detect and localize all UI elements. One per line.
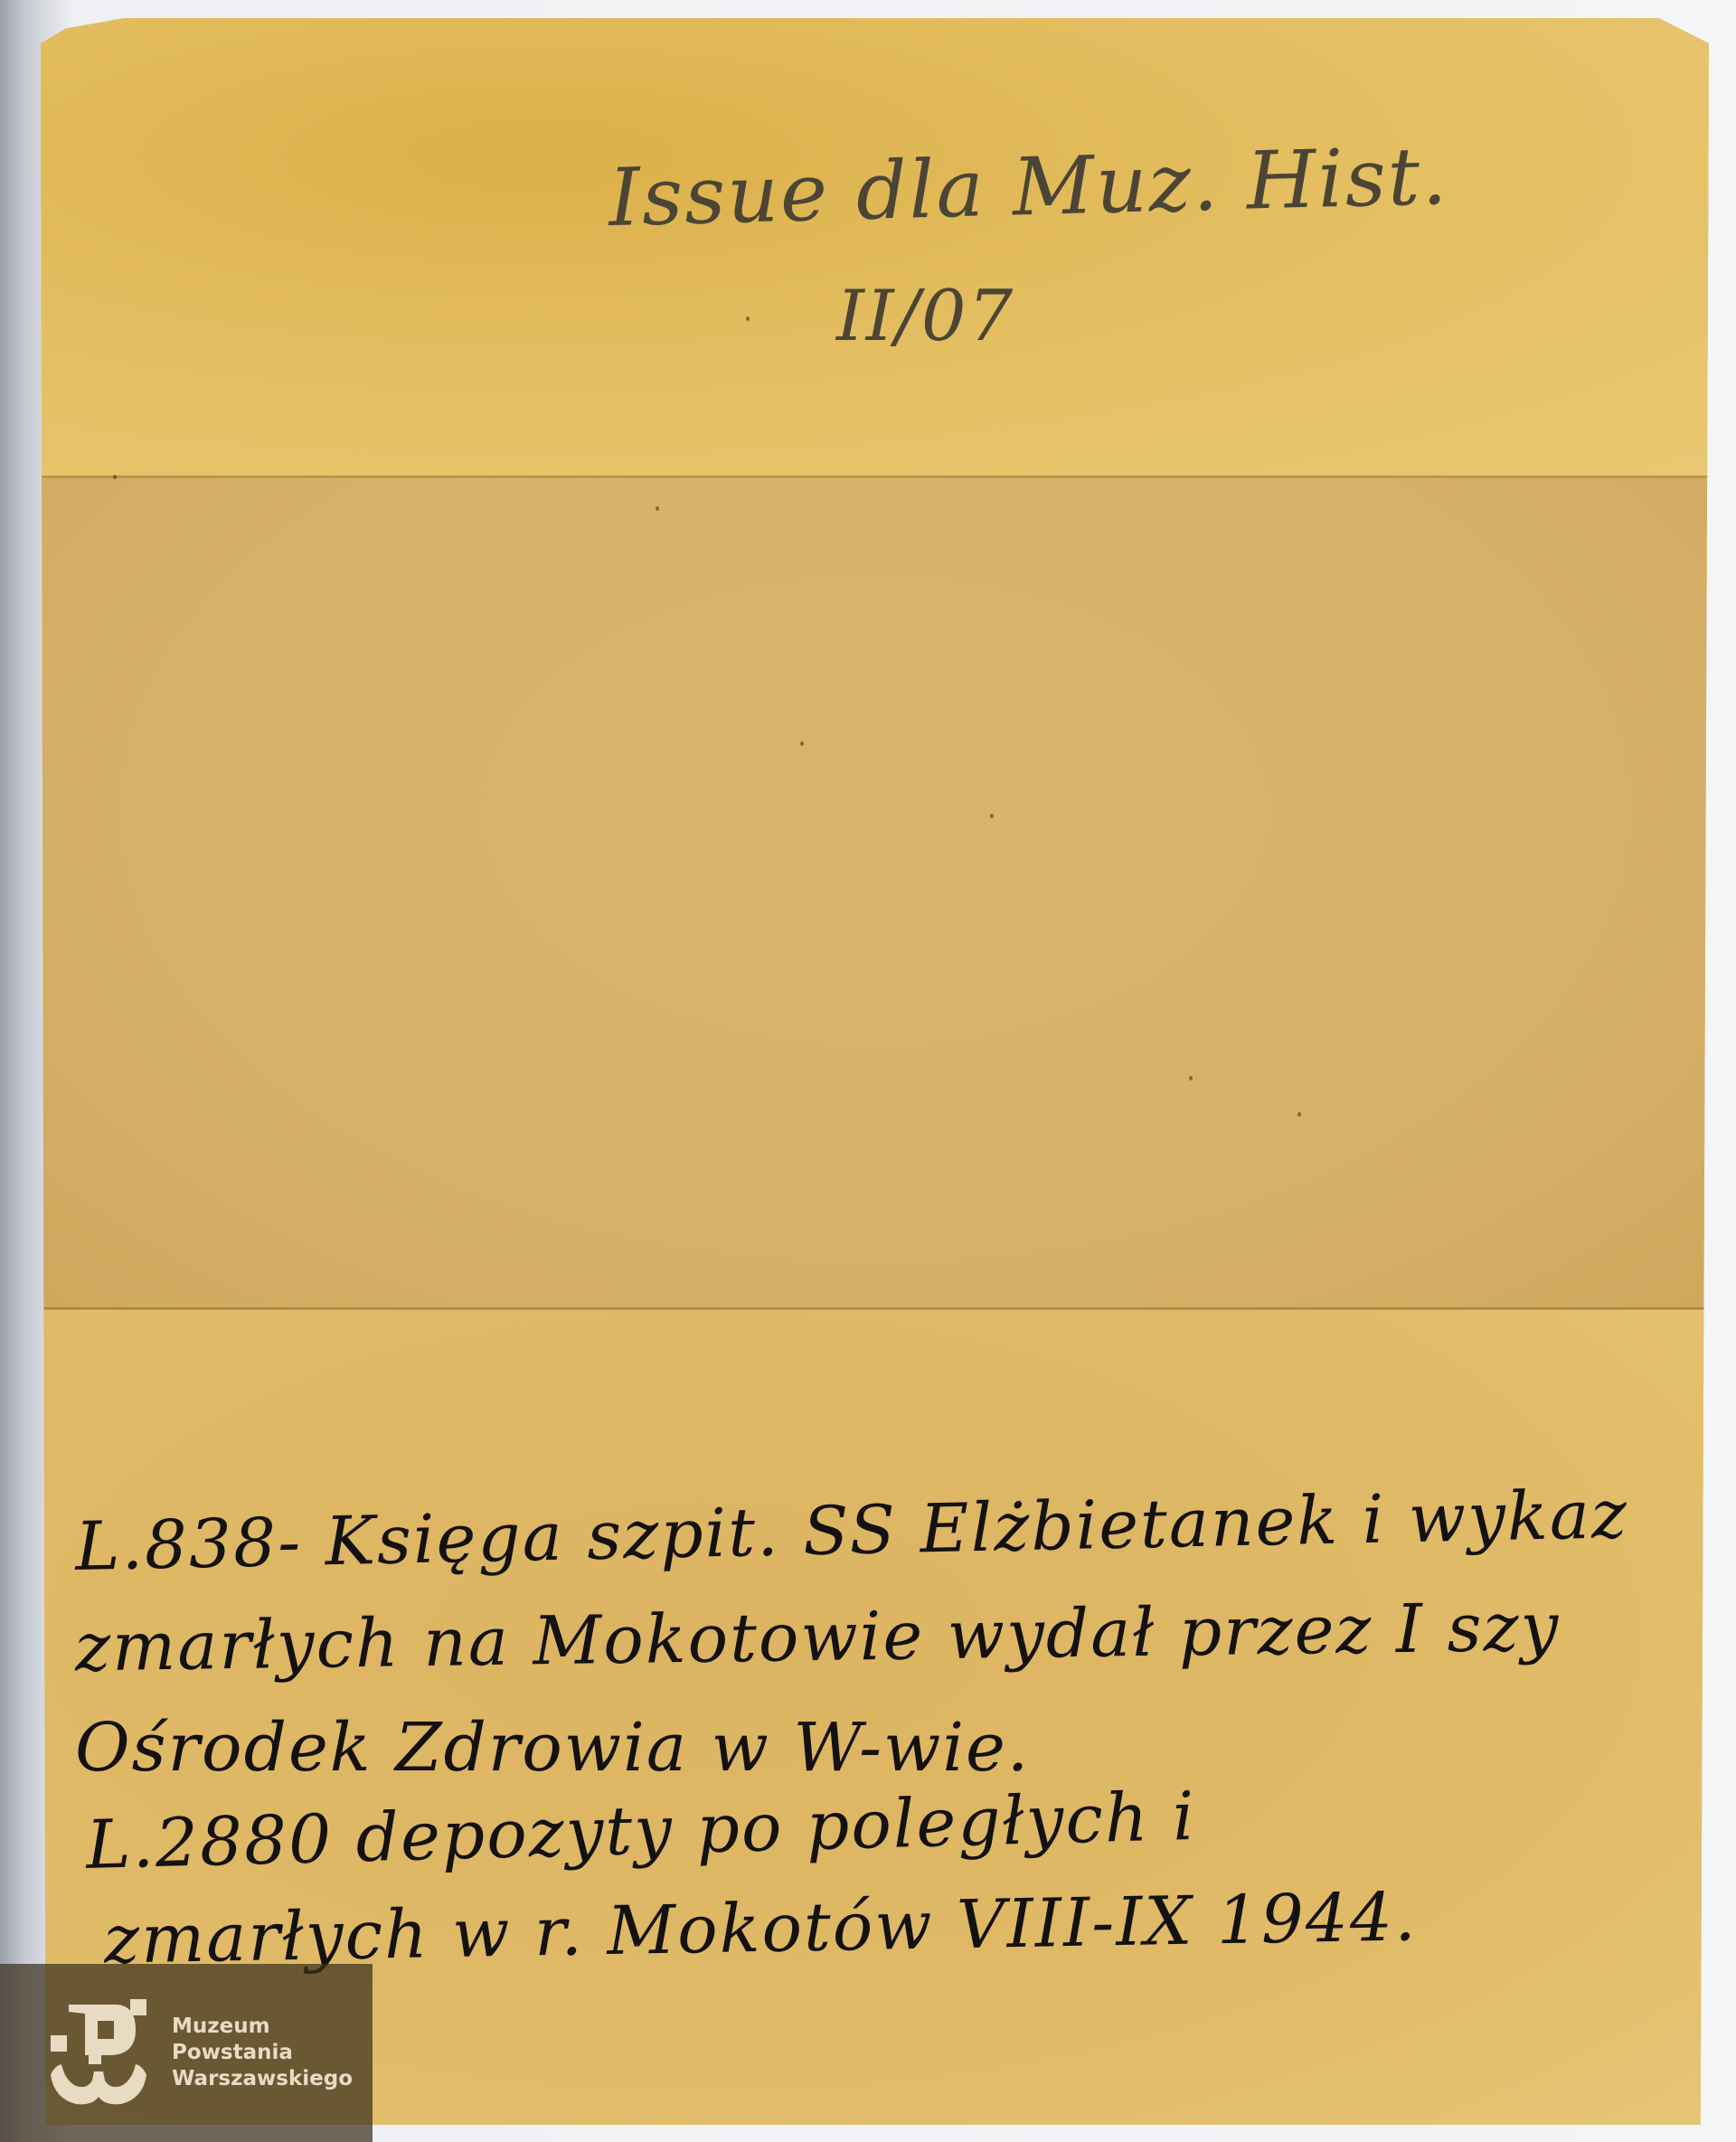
museum-name-line-3: Warszawskiego [172, 2066, 353, 2092]
fold-crease-upper [41, 476, 1709, 478]
kotwica-anchor-icon [49, 1999, 148, 2108]
paper-speck [746, 316, 750, 321]
museum-watermark: Muzeum Powstania Warszawskiego [0, 1964, 373, 2142]
middle-fold-panel [41, 477, 1709, 1309]
fold-crease-lower [41, 1307, 1709, 1310]
paper-speck [1297, 1112, 1301, 1117]
paper-speck [113, 475, 117, 479]
paper-speck [990, 814, 994, 818]
paper-speck [1189, 1076, 1193, 1080]
paper-speck [800, 741, 804, 746]
header-note-line-2: II/07 [836, 276, 1014, 357]
paper-sheet: Issue dla Muz. Hist. II/07 L.838- Księga… [41, 18, 1709, 2125]
museum-name: Muzeum Powstania Warszawskiego [172, 2014, 353, 2092]
museum-name-line-2: Powstania [172, 2040, 353, 2066]
top-fold-panel [41, 18, 1709, 477]
paper-speck [656, 506, 659, 511]
museum-name-line-1: Muzeum [172, 2014, 353, 2040]
note-line-3: Ośrodek Zdrowia w W-wie. [75, 1709, 1030, 1787]
